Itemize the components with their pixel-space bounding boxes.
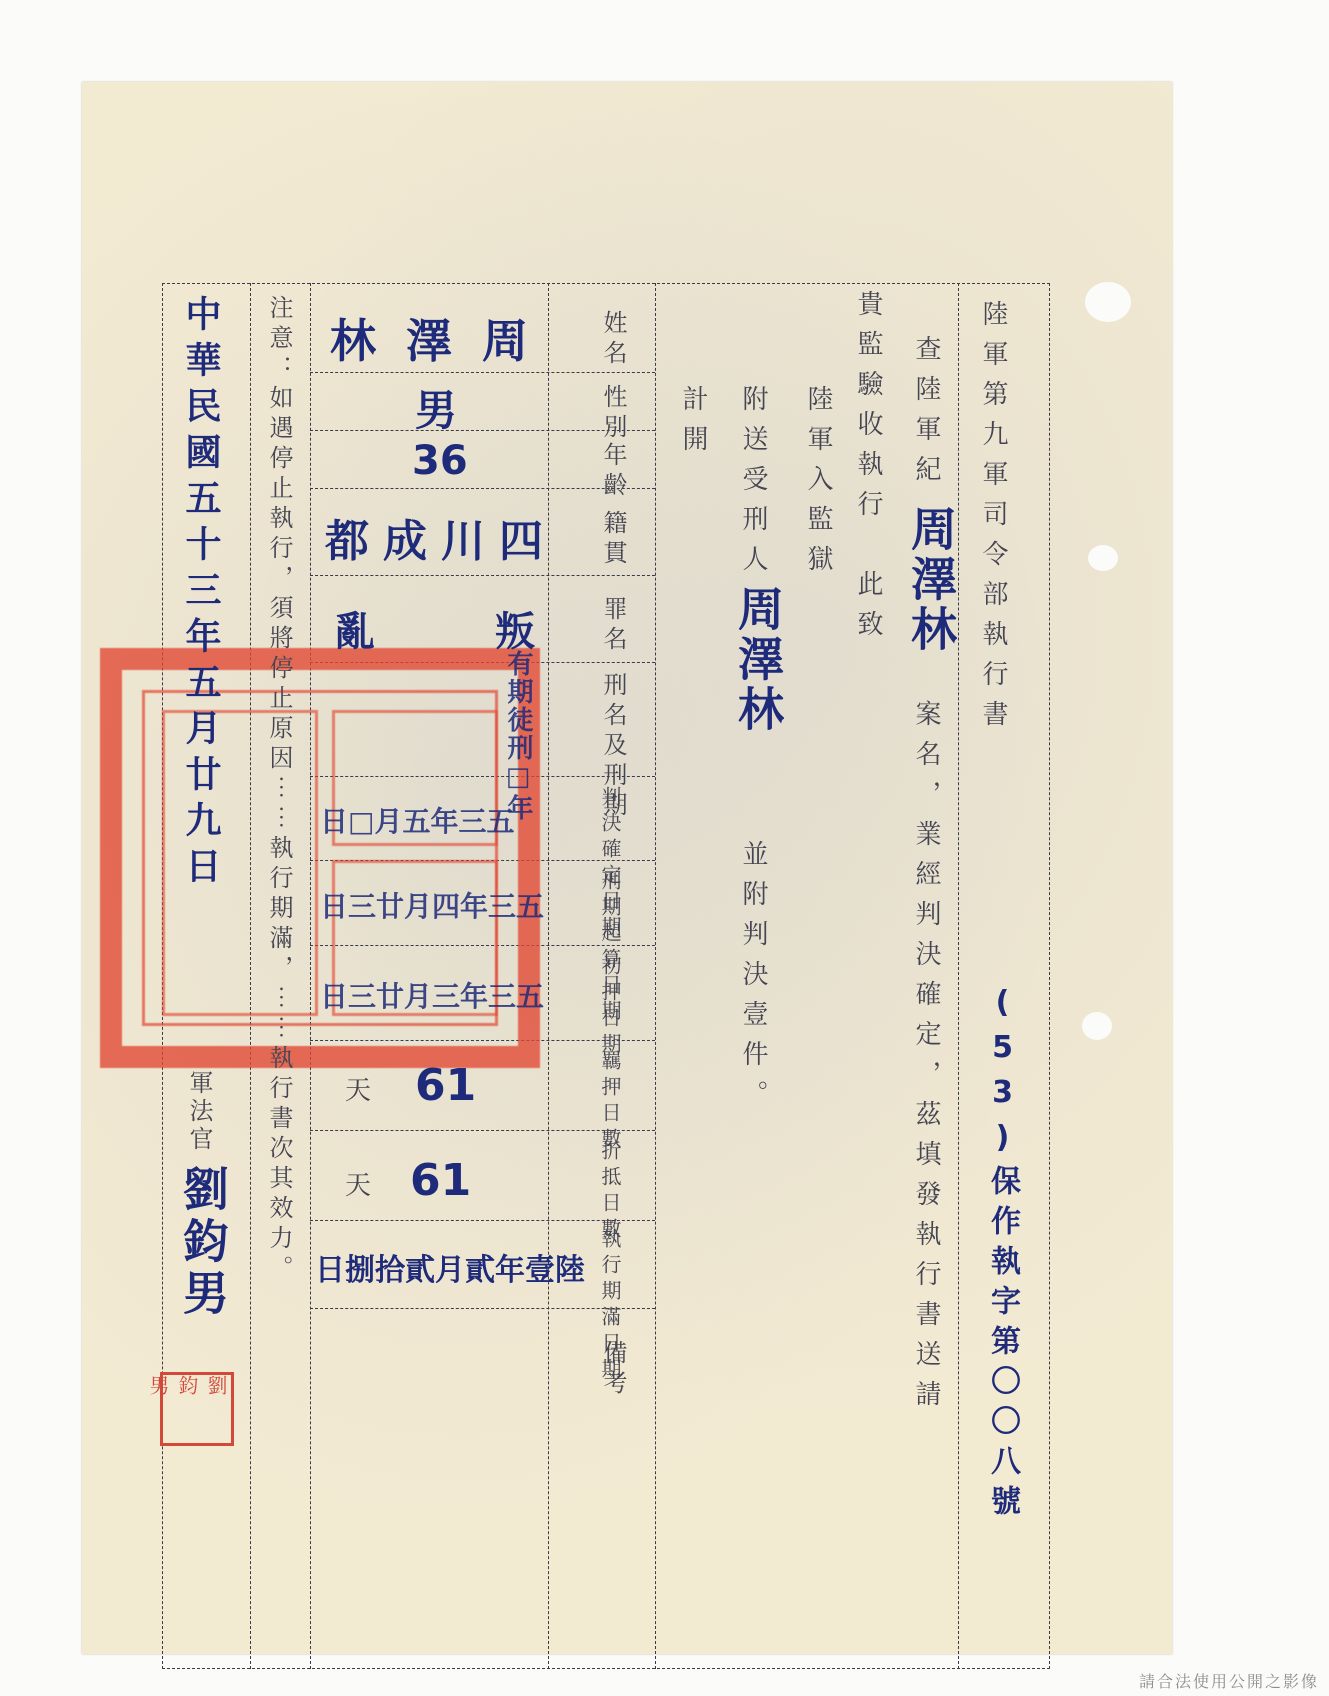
header-name: 姓名 (596, 310, 631, 370)
body-line-5: 附送受刑人 (735, 385, 772, 585)
detain-days-unit: 天 (345, 1070, 371, 1107)
rule (958, 283, 959, 1669)
header-sex: 性別 (596, 384, 631, 444)
value-detain-date: 五三年三月廿三日 (320, 975, 544, 1015)
watermark: 請合法使用公開之影像 (1139, 1669, 1319, 1692)
value-offset-days: 61 (410, 1155, 471, 1206)
value-expiry-date: 陸壹年貳月貳拾捌日 (315, 1245, 585, 1289)
body-line-7: 計開 (675, 385, 712, 465)
value-start-date: 五三年四月廿三日 (320, 885, 544, 925)
value-detain-days: 61 (415, 1060, 476, 1111)
binding-hole (1085, 282, 1131, 322)
binding-hole (1082, 1012, 1112, 1040)
value-origin: 四川成都 (325, 505, 557, 569)
attached-prisoner-name: 周澤林 (725, 585, 791, 735)
officer-signature: 劉鈞男 (170, 1165, 236, 1321)
value-age: 36 (412, 438, 468, 484)
value-name: 周澤林 (330, 305, 558, 371)
header-age: 年齡 (596, 442, 631, 502)
header-detain-date: 初押日期 (596, 955, 625, 1059)
rule (310, 372, 655, 373)
rule (310, 575, 655, 576)
prisoner-name: 周澤林 (898, 505, 964, 655)
personal-seal: 劉鈞男 (160, 1372, 234, 1446)
value-confirm-date: 五三年五月□日 (320, 800, 514, 840)
header-remarks: 備考 (596, 1340, 631, 1400)
body-line-4: 陸軍入監獄 (800, 385, 837, 585)
officer-title: 軍法官 (182, 1070, 217, 1154)
issue-date: 中華民國五十三年五月廿九日 (175, 295, 226, 893)
body-line-2: 案名，業經判決確定，茲填發執行書送請 (908, 700, 945, 1420)
document-number: (53)保作執字第〇〇八號 (980, 985, 1024, 1525)
document-title: 陸軍第九軍司令部執行書 (975, 300, 1012, 740)
value-crime: 叛亂 (335, 600, 655, 657)
binding-hole (1088, 545, 1118, 571)
header-origin: 籍貫 (596, 510, 631, 570)
body-line-6: 並附判決壹件。 (735, 840, 772, 1120)
value-sex: 男 (415, 378, 457, 438)
body-line-3: 貴監驗收執行 此致 (850, 290, 887, 650)
body-line-1: 查陸軍紀 (908, 335, 945, 495)
offset-days-unit: 天 (345, 1165, 371, 1202)
rule (548, 283, 549, 1669)
rule (655, 283, 656, 1669)
header-detain-days: 羈押日數 (596, 1050, 625, 1154)
value-sentence: 有期徒刑□年 (500, 650, 537, 822)
notice-text: 注意：如遇停止執行，須將停止原因⋯⋯執行期滿，⋯⋯執行書次其效力。 (262, 295, 297, 1285)
